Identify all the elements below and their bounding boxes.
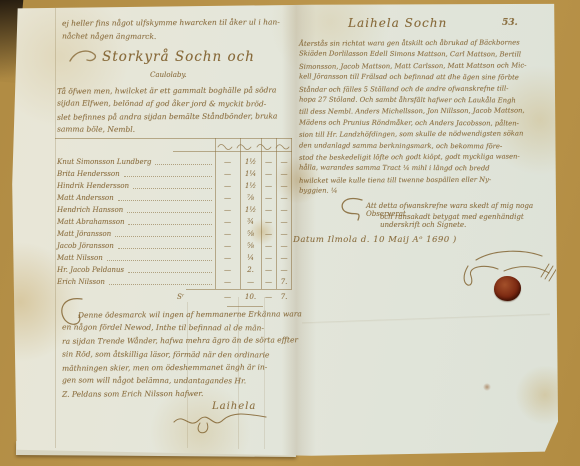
- table-row: Hr. Jacob Peldanus — 2. — —: [55, 264, 292, 276]
- date-line: Datum Ilmola d. 10 Maij Aᵒ 1690 ): [293, 235, 457, 245]
- village-subheading: Caulolaby.: [150, 71, 187, 79]
- table-cell: —: [261, 169, 276, 180]
- parish-heading-right: Laihela Sochn: [348, 16, 447, 30]
- table-cell: —: [215, 169, 240, 180]
- table-rule: [186, 289, 292, 290]
- swash-flourish-icon: [68, 48, 102, 64]
- page-number: 53.: [502, 18, 518, 28]
- dotted-leader: [118, 200, 212, 201]
- table-cell: 7.: [276, 277, 292, 288]
- text-line: sin Röd, som åtskilliga läsor, förmäd nä…: [62, 347, 298, 361]
- dotted-leader: [115, 236, 212, 237]
- text-line: ra sijdan Trende Wånder, hafwa mehra ägr…: [62, 334, 298, 349]
- table-cell: —: [276, 205, 292, 216]
- crease-line: [302, 314, 550, 325]
- left-closing-paragraph: Denne ödesmarck wil ingen af hemmanerne …: [62, 308, 298, 400]
- total-value: 10.: [240, 292, 261, 304]
- table-cell: —: [261, 277, 276, 288]
- person-name: Matt Andersson: [55, 193, 114, 204]
- total-label: Sʳ: [173, 292, 215, 304]
- table-cell: —: [215, 217, 240, 228]
- wax-seal: [494, 276, 521, 301]
- table-cell: —: [261, 265, 276, 276]
- table-cell: ¼: [240, 253, 261, 264]
- table-cell: —: [215, 229, 240, 240]
- table-cell: ⅝: [240, 241, 261, 252]
- text-line: kell Jöransson till Frälsad och befinnad…: [299, 72, 553, 85]
- table-cell: —: [261, 193, 276, 204]
- table-rows: Knut Simonsson Lundberg — 1½ — — Brita H…: [55, 156, 292, 288]
- text-line: samma böle, Nembl.: [57, 122, 299, 136]
- text-line: ej heller fins något ulfskymme hwarcken …: [62, 15, 300, 30]
- manuscript-spread: ej heller fins något ulfskymme hwarcken …: [10, 2, 558, 458]
- table-cell: —: [261, 241, 276, 252]
- person-name: Knut Simonsson Lundberg: [55, 157, 151, 168]
- person-name: Jacob Jöransson: [55, 241, 114, 252]
- table-cell: —: [215, 205, 240, 216]
- table-cell: ¾: [240, 217, 261, 228]
- text-line: slet befinnes på andra sijdan bemälte St…: [57, 109, 299, 123]
- table-cell: —: [240, 277, 261, 288]
- table-cell: —: [215, 241, 240, 252]
- table-cell: —: [276, 265, 292, 276]
- text-line: nåchet någen ängmarck.: [62, 29, 300, 44]
- table-cell: —: [276, 217, 292, 228]
- column-header-scribble-icon: [215, 139, 291, 151]
- dotted-leader: [155, 164, 212, 165]
- table-cell: —: [215, 277, 240, 288]
- table-cell: —: [261, 157, 276, 168]
- person-name: Erich Nilsson: [55, 277, 105, 288]
- table-cell: ⅞: [240, 193, 261, 204]
- person-name: Matt Nilsson: [55, 253, 103, 264]
- initial-flourish-icon: [336, 194, 366, 222]
- table-row: Jacob Jöransson — ⅝ — —: [55, 240, 292, 252]
- table-cell: —: [215, 265, 240, 276]
- person-name: Brita Hendersson: [55, 169, 120, 180]
- text-line: sijdan Elfwen, belönad af god åker jord …: [57, 96, 299, 110]
- table-row: Hindrik Hendersson — 1½ — —: [55, 180, 292, 192]
- table-cell: —: [276, 241, 292, 252]
- signature-flourish-icon: [170, 410, 275, 438]
- table-row: Brita Hendersson — 1¼ — —: [55, 168, 292, 180]
- text-line: mäthningen skier, men om ödeshemmanet än…: [62, 360, 298, 375]
- dotted-leader: [109, 284, 212, 285]
- table-cell: —: [215, 292, 240, 304]
- table-cell: —: [276, 157, 292, 168]
- left-description-paragraph: Tå öfwen men, hwilcket är ett gammalt bo…: [57, 84, 299, 136]
- dotted-leader: [107, 260, 212, 261]
- manuscript-photo: ej heller fins något ulfskymme hwarcken …: [0, 0, 580, 466]
- text-line: Tå öfwen men, hwilcket är ett gammalt bo…: [57, 83, 299, 97]
- table-cell: —: [261, 217, 276, 228]
- table-row: Matt Andersson — ⅞ — —: [55, 192, 292, 204]
- person-name: Hr. Jacob Peldanus: [55, 265, 124, 276]
- table-cell: —: [261, 205, 276, 216]
- table-cell: —: [276, 169, 292, 180]
- text-line: Z. Peldans som Erich Nilsson hafwer.: [62, 386, 298, 401]
- table-row: Knut Simonsson Lundberg — 1½ — —: [55, 156, 292, 168]
- table-cell: —: [215, 181, 240, 192]
- table-cell: 1½: [240, 157, 261, 168]
- table-row: Erich Nilsson — — — 7.: [55, 276, 292, 288]
- table-total-row: Sʳ — 10. — 7.: [173, 292, 292, 304]
- table-row: Hendrich Hansson — 1½ — —: [55, 204, 292, 216]
- person-name: Matt Jöransson: [55, 229, 111, 240]
- table-rule: [173, 151, 292, 152]
- table-row: Matt Jöransson — ⅝ — —: [55, 228, 292, 240]
- table-cell: 1½: [240, 181, 261, 192]
- tax-table: Knut Simonsson Lundberg — 1½ — — Brita H…: [55, 138, 292, 310]
- table-row: Matt Nilsson — ¼ — —: [55, 252, 292, 264]
- dotted-leader: [124, 176, 212, 177]
- text-line: sion till Hr. Landzhöfdingen, som skulle…: [299, 128, 553, 141]
- table-cell: —: [261, 229, 276, 240]
- table-cell: —: [276, 253, 292, 264]
- table-cell: —: [276, 193, 292, 204]
- table-cell: —: [215, 253, 240, 264]
- table-cell: —: [261, 253, 276, 264]
- person-name: Matt Abrahamsson: [55, 217, 124, 228]
- dotted-leader: [128, 272, 212, 273]
- parish-heading-left: Storkyrå Sochn och: [68, 48, 255, 65]
- table-cell: 1¼: [240, 169, 261, 180]
- total-value: 7.: [276, 292, 292, 304]
- table-cell: —: [261, 292, 276, 304]
- right-body-paragraph: Återstås sin richtat wara gen åtskilt oc…: [299, 38, 553, 198]
- dotted-leader: [127, 212, 212, 213]
- dotted-leader: [128, 224, 212, 225]
- parish-heading-left-text: Storkyrå Sochn och: [102, 49, 255, 65]
- person-name: Hendrich Hansson: [55, 205, 123, 216]
- left-intro-paragraph: ej heller fins något ulfskymme hwarcken …: [62, 16, 300, 44]
- table-cell: 2.: [240, 265, 261, 276]
- table-cell: —: [276, 181, 292, 192]
- table-row: Matt Abrahamsson — ¾ — —: [55, 216, 292, 228]
- table-cell: —: [215, 157, 240, 168]
- dotted-leader: [118, 248, 212, 249]
- table-cell: 1½: [240, 205, 261, 216]
- table-cell: —: [261, 181, 276, 192]
- table-cell: ⅝: [240, 229, 261, 240]
- dotted-leader: [133, 188, 212, 189]
- person-name: Hindrik Hendersson: [55, 181, 129, 192]
- attestation-line: och ransakadt betygat med egenhändigt un…: [380, 213, 558, 229]
- table-cell: —: [215, 193, 240, 204]
- table-cell: —: [276, 229, 292, 240]
